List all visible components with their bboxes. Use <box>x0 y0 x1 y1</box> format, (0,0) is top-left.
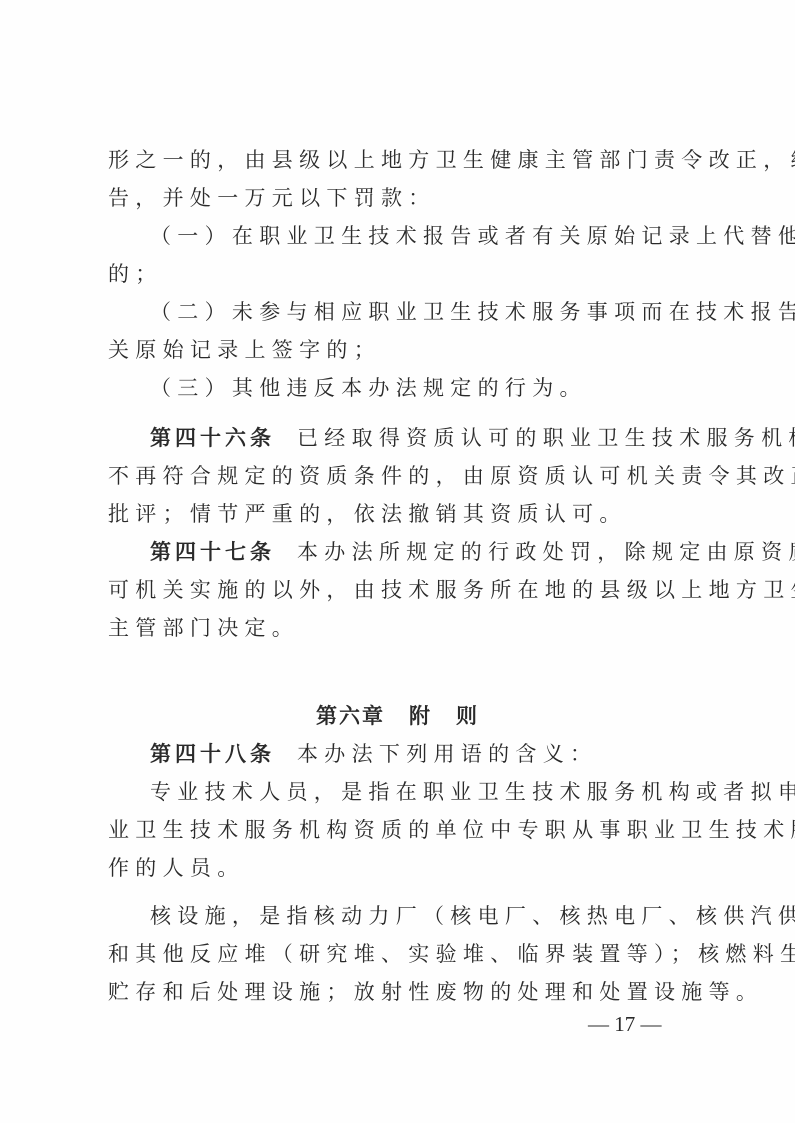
paragraph-line: 批评；情节严重的，依法撤销其资质认可。 <box>108 502 696 526</box>
article-heading: 第四十六条 <box>150 426 275 450</box>
paragraph-line: 主管部门决定。 <box>108 616 696 640</box>
definition-line: 核设施，是指核动力厂（核电厂、核热电厂、核供汽供热厂等） <box>150 904 696 928</box>
paragraph-line: 和其他反应堆（研究堆、实验堆、临界装置等）；核燃料生产、加工、 <box>108 942 696 966</box>
definition-line: 专业技术人员，是指在职业卫生技术服务机构或者拟申请职 <box>150 780 696 804</box>
chapter-number: 第六章 <box>316 704 385 728</box>
document-page: 形之一的，由县级以上地方卫生健康主管部门责令改正，给予警 告，并处一万元以下罚款… <box>0 0 795 1123</box>
paragraph-line: 告，并处一万元以下罚款： <box>108 186 696 210</box>
paragraph-line: 的； <box>108 262 696 286</box>
article-heading: 第四十八条 <box>150 742 275 766</box>
article-text: 本办法下列用语的含义： <box>297 742 597 766</box>
paragraph-line: 关原始记录上签字的； <box>108 338 696 362</box>
paragraph-line: 贮存和后处理设施；放射性废物的处理和处置设施等。 <box>108 980 696 1004</box>
article-46: 第四十六条已经取得资质认可的职业卫生技术服务机构， <box>150 426 696 450</box>
paragraph-line: 业卫生技术服务机构资质的单位中专职从事职业卫生技术服务工 <box>108 818 696 842</box>
chapter-title-part2: 则 <box>456 704 479 728</box>
article-48: 第四十八条本办法下列用语的含义： <box>150 742 696 766</box>
paragraph-line: 形之一的，由县级以上地方卫生健康主管部门责令改正，给予警 <box>108 148 696 172</box>
list-item-1: （一）在职业卫生技术报告或者有关原始记录上代替他人签字 <box>150 224 696 248</box>
article-heading: 第四十七条 <box>150 540 275 564</box>
page-number: — 17 — <box>588 1012 662 1036</box>
chapter-heading: 第六章附则 <box>0 704 795 728</box>
article-text: 已经取得资质认可的职业卫生技术服务机构， <box>297 426 795 450</box>
list-item-2: （二）未参与相应职业卫生技术服务事项而在技术报告或者有 <box>150 300 696 324</box>
article-text: 本办法所规定的行政处罚，除规定由原资质认 <box>297 540 795 564</box>
article-47: 第四十七条本办法所规定的行政处罚，除规定由原资质认 <box>150 540 696 564</box>
list-item-3: （三）其他违反本办法规定的行为。 <box>150 376 696 400</box>
paragraph-line: 作的人员。 <box>108 856 696 880</box>
paragraph-line: 可机关实施的以外，由技术服务所在地的县级以上地方卫生健康 <box>108 578 696 602</box>
chapter-title-part1: 附 <box>409 704 432 728</box>
paragraph-line: 不再符合规定的资质条件的，由原资质认可机关责令其改正，通报 <box>108 464 696 488</box>
